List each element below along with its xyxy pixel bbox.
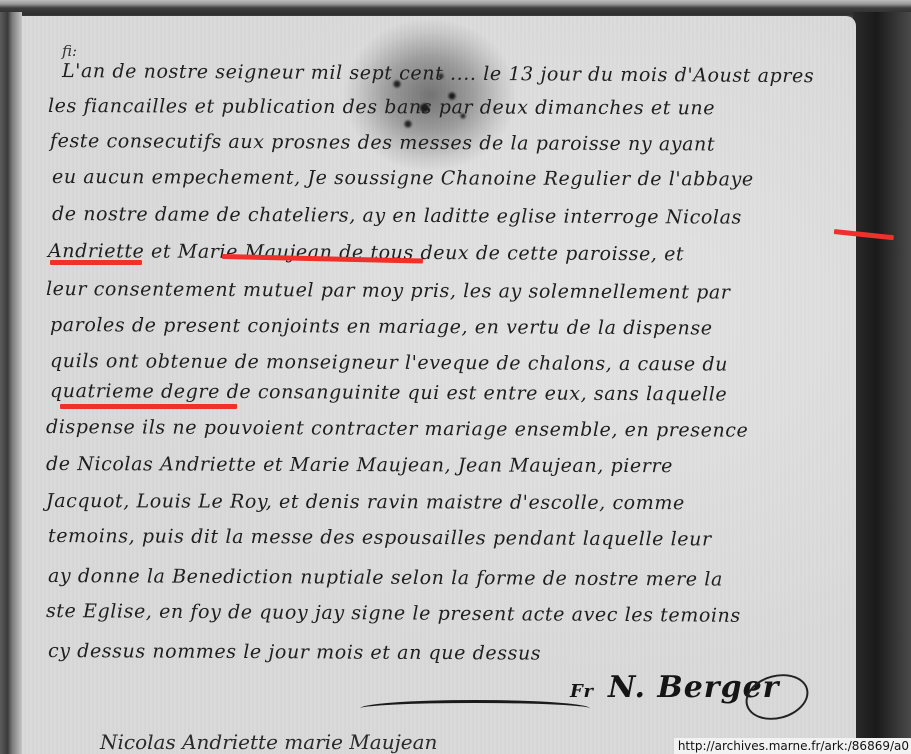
text-line: L'an de nostre seigneur mil sept cent ..… — [62, 60, 814, 87]
text-line: de Nicolas Andriette et Marie Maujean, J… — [46, 453, 673, 477]
text-line: paroles de present conjoints en mariage,… — [50, 314, 713, 339]
text-line: eu aucun empechement, Je soussigne Chano… — [52, 166, 754, 190]
text-line: quatrieme degre de consanguinite qui est… — [50, 380, 727, 406]
text-line: de nostre dame de chateliers, ay en ladi… — [52, 203, 742, 229]
text-line: leur consentement mutuel par moy pris, l… — [46, 278, 731, 304]
text-line: quils ont obtenue de monseigneur l'evequ… — [50, 350, 728, 376]
signature-flourish — [360, 700, 590, 717]
scanned-page: fi: L'an de nostre seigneur mil sept cen… — [0, 0, 911, 754]
signature-prefix: Fr — [570, 681, 594, 702]
red-underline-degree — [60, 404, 237, 409]
handwritten-text-block: L'an de nostre seigneur mil sept cent ..… — [0, 0, 911, 754]
red-underline-andriette — [50, 260, 142, 265]
text-line: temoins, puis dit la messe des espousail… — [48, 525, 712, 550]
text-line: cy dessus nommes le jour mois et an que … — [48, 640, 541, 665]
archive-url-watermark: http://archives.marne.fr/ark:/86869/a0 — [674, 738, 911, 754]
text-line: les fiancailles et publication des bans … — [48, 95, 715, 119]
text-line: ay donne la Benediction nuptiale selon l… — [48, 565, 723, 591]
next-entry-fragment: Nicolas Andriette marie Maujean — [100, 730, 437, 754]
text-line: Jacquot, Louis Le Roy, et denis ravin ma… — [46, 490, 685, 514]
text-line: dispense ils ne pouvoient contracter mar… — [46, 416, 749, 442]
text-line: ste Eglise, en foy de quoy jay signe le … — [46, 600, 741, 627]
text-line: feste consecutifs aux prosnes des messes… — [50, 130, 715, 155]
